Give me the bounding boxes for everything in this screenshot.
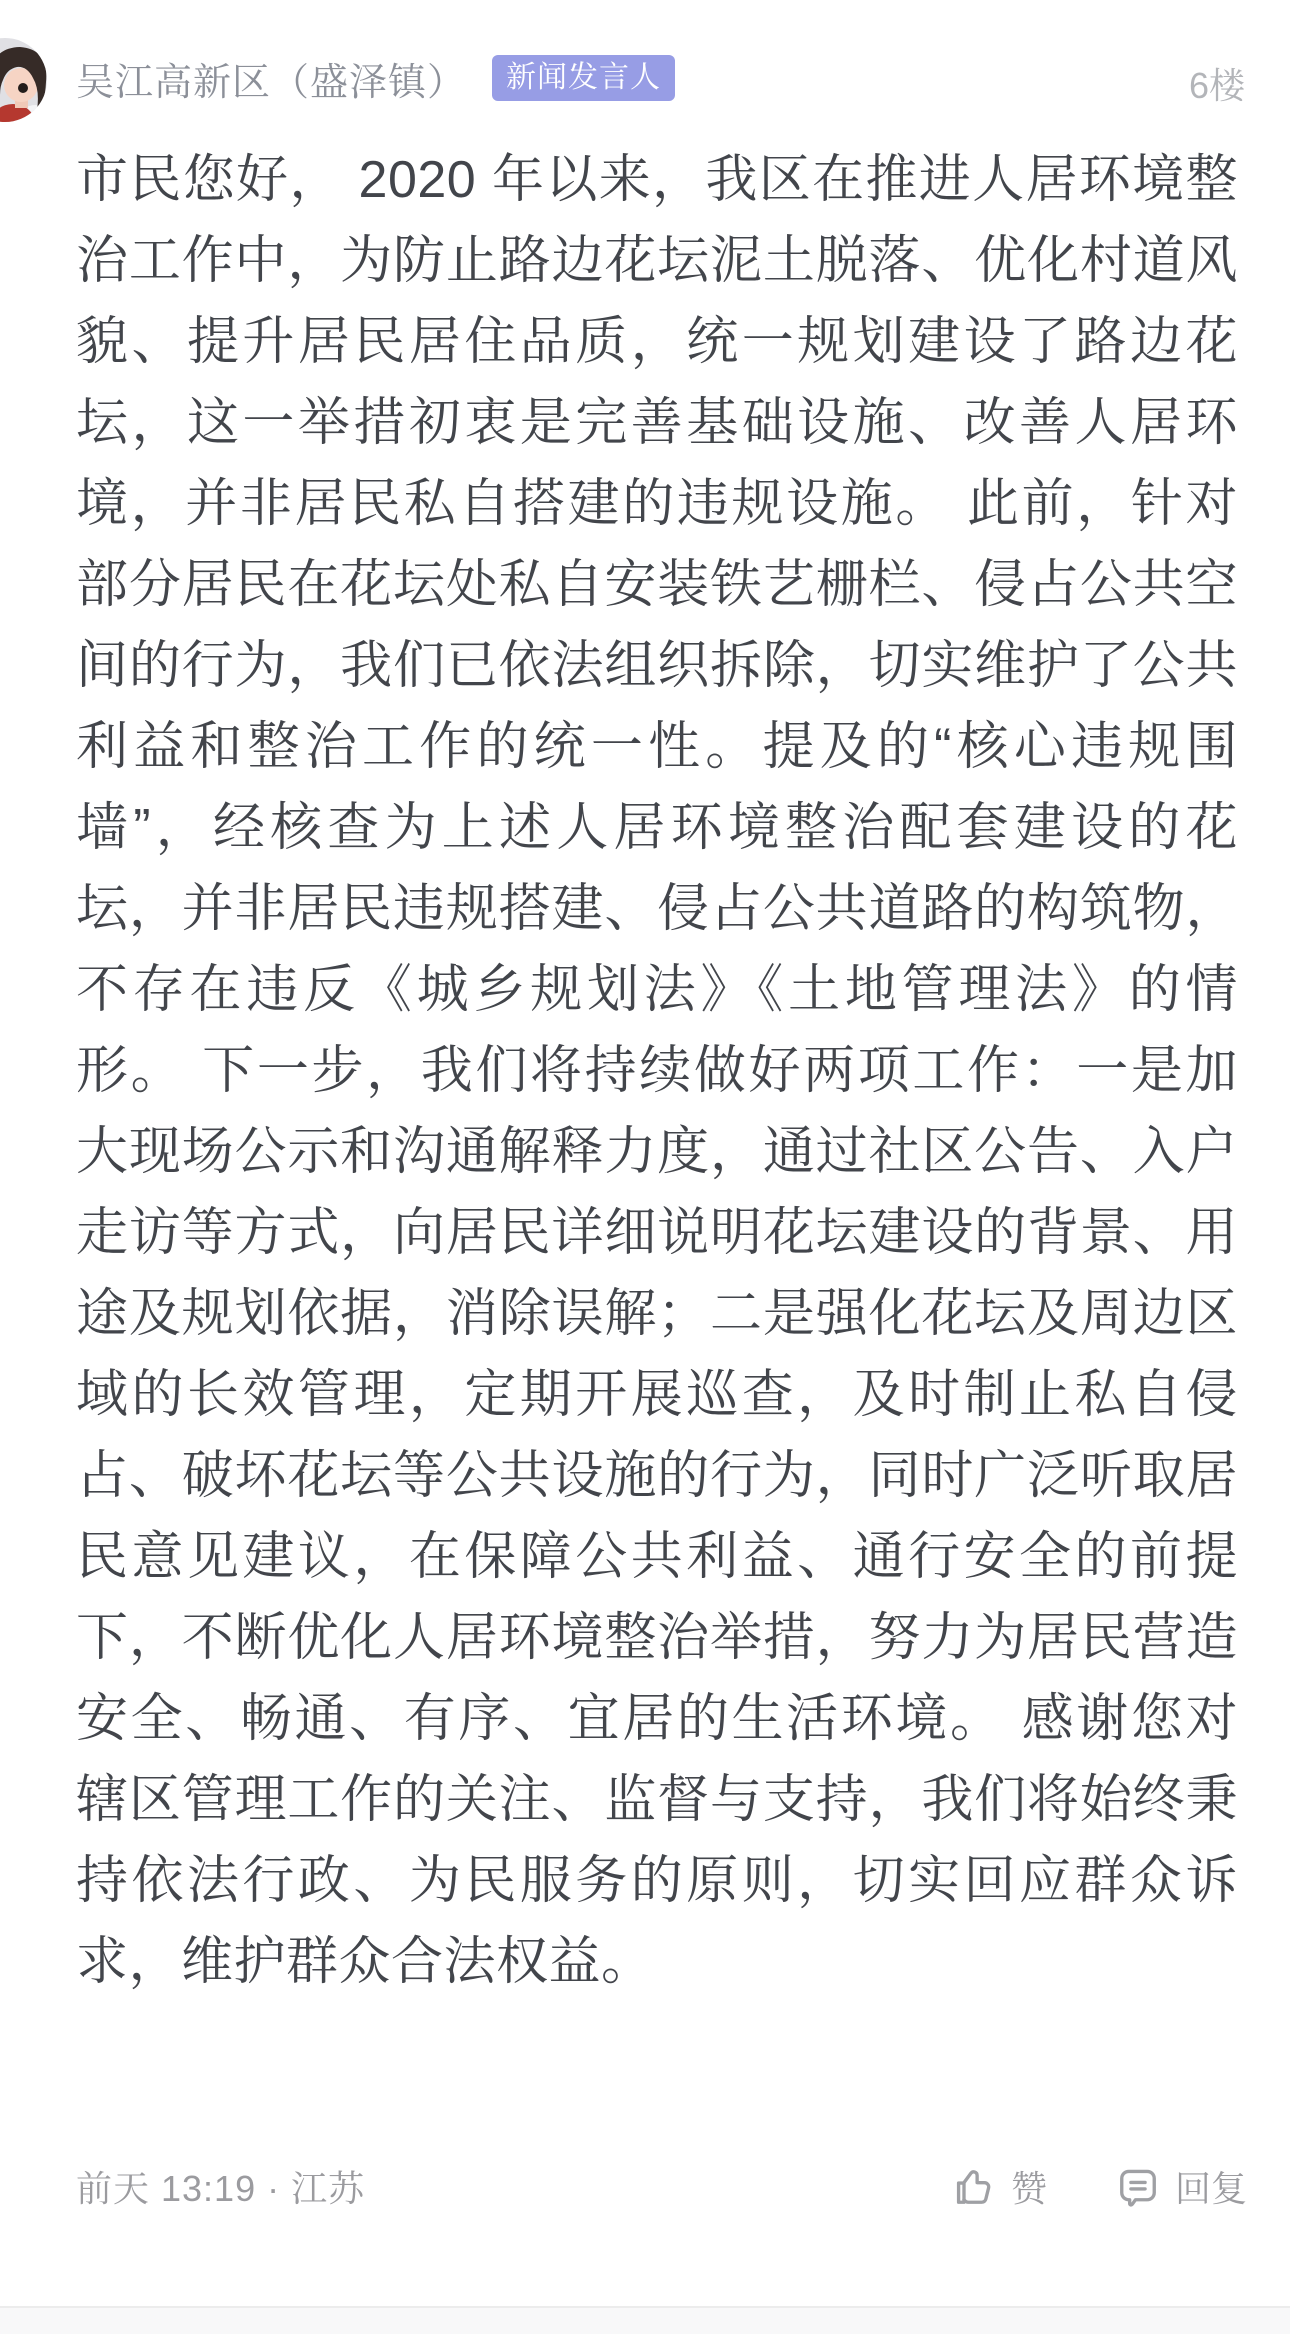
thumbs-up-icon	[949, 2161, 999, 2211]
spokesperson-badge: 新闻发言人	[492, 55, 675, 101]
timestamp: 前天 13:19 · 江苏	[76, 2161, 365, 2212]
post-card: 吴江高新区（盛泽镇） 新闻发言人 6楼 市民您好， 2020 年以来，我区在推进…	[0, 0, 1290, 2334]
reply-label: 回复	[1175, 2161, 1247, 2212]
avatar[interactable]	[0, 38, 47, 122]
post-footer: 前天 13:19 · 江苏 赞 回复	[76, 2156, 1247, 2216]
post-header: 吴江高新区（盛泽镇） 新闻发言人	[76, 50, 1170, 106]
post-body: 市民您好， 2020 年以来，我区在推进人居环境整治工作中，为防止路边花坛泥土脱…	[76, 140, 1238, 2003]
floor-label: 6楼	[1189, 58, 1245, 109]
like-label: 赞	[1011, 2161, 1047, 2212]
reply-button[interactable]: 回复	[1113, 2161, 1247, 2212]
next-section-strip	[0, 2308, 1290, 2334]
like-button[interactable]: 赞	[949, 2161, 1047, 2212]
action-group: 赞 回复	[949, 2161, 1247, 2212]
reply-bubble-icon	[1113, 2161, 1163, 2211]
author-name: 吴江高新区（盛泽镇）	[76, 51, 466, 106]
